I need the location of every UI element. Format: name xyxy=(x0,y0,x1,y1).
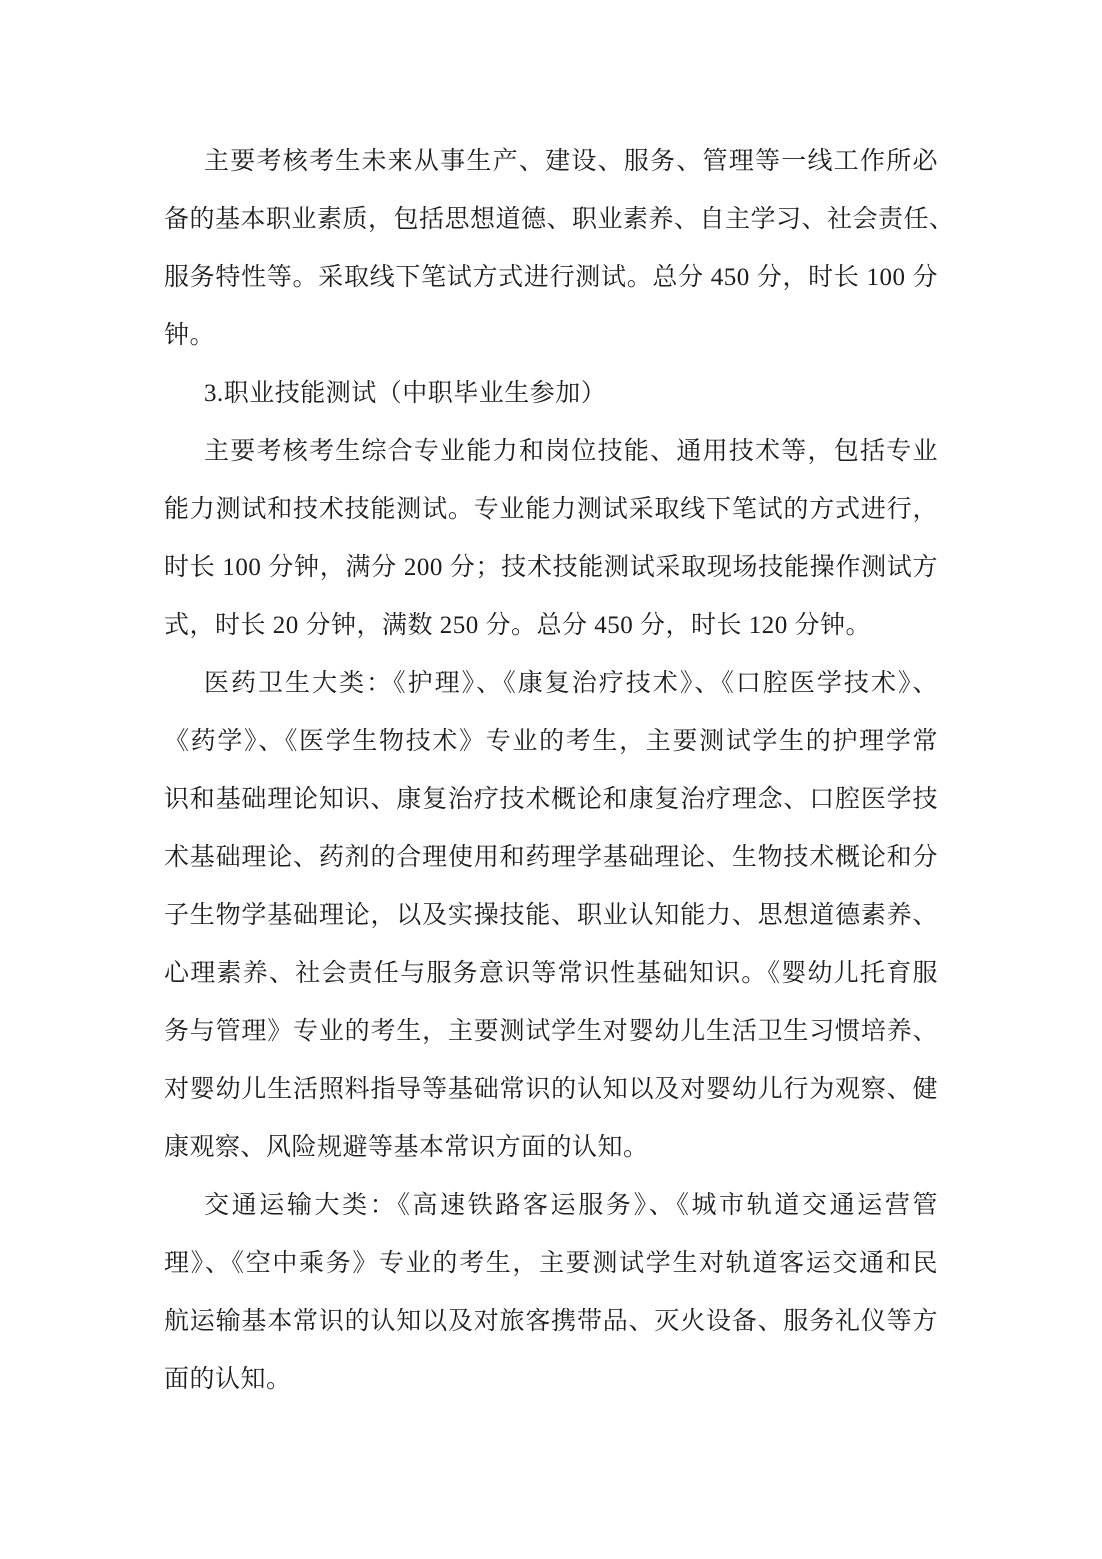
text-line: 心理素养、社会责任与服务意识等常识性基础知识。《婴幼儿托育服 xyxy=(164,945,938,1003)
text-line: 主要考核考生未来从事生产、建设、服务、管理等一线工作所必 xyxy=(164,133,938,191)
text-line: 服务特性等。采取线下笔试方式进行测试。总分 450 分，时长 100 分 xyxy=(164,249,938,307)
text-line: 主要考核考生综合专业能力和岗位技能、通用技术等，包括专业 xyxy=(164,423,938,481)
text-line: 务与管理》专业的考生，主要测试学生对婴幼儿生活卫生习惯培养、 xyxy=(164,1003,938,1061)
text-line: 子生物学基础理论，以及实操技能、职业认知能力、思想道德素养、 xyxy=(164,887,938,945)
text-line: 备的基本职业素质，包括思想道德、职业素养、自主学习、社会责任、 xyxy=(164,191,938,249)
text-line: 时长 100 分钟，满分 200 分；技术技能测试采取现场技能操作测试方 xyxy=(164,539,938,597)
text-line: 航运输基本常识的认知以及对旅客携带品、灭火设备、服务礼仪等方 xyxy=(164,1293,938,1351)
text-line: 医药卫生大类：《护理》、《康复治疗技术》、《口腔医学技术》、 xyxy=(164,655,938,713)
paragraph-skill-test-description: 主要考核考生综合专业能力和岗位技能、通用技术等，包括专业能力测试和技术技能测试。… xyxy=(164,423,938,655)
text-line: 《药学》、《医学生物技术》专业的考生，主要测试学生的护理学常 xyxy=(164,713,938,771)
paragraph-medical-health-category: 医药卫生大类：《护理》、《康复治疗技术》、《口腔医学技术》、《药学》、《医学生物… xyxy=(164,655,938,1177)
paragraph-quality-test-description: 主要考核考生未来从事生产、建设、服务、管理等一线工作所必备的基本职业素质，包括思… xyxy=(164,133,938,365)
text-line: 交通运输大类：《高速铁路客运服务》、《城市轨道交通运营管 xyxy=(164,1177,938,1235)
paragraph-transportation-category: 交通运输大类：《高速铁路客运服务》、《城市轨道交通运营管理》、《空中乘务》专业的… xyxy=(164,1177,938,1409)
document-body: 主要考核考生未来从事生产、建设、服务、管理等一线工作所必备的基本职业素质，包括思… xyxy=(164,133,938,1409)
document-page: 主要考核考生未来从事生产、建设、服务、管理等一线工作所必备的基本职业素质，包括思… xyxy=(0,0,1102,1559)
text-line: 术基础理论、药剂的合理使用和药理学基础理论、生物技术概论和分 xyxy=(164,829,938,887)
text-line: 对婴幼儿生活照料指导等基础常识的认知以及对婴幼儿行为观察、健 xyxy=(164,1061,938,1119)
text-line: 面的认知。 xyxy=(164,1351,938,1409)
text-line: 3.职业技能测试（中职毕业生参加） xyxy=(164,365,938,423)
text-line: 能力测试和技术技能测试。专业能力测试采取线下笔试的方式进行， xyxy=(164,481,938,539)
text-line: 钟。 xyxy=(164,307,938,365)
text-line: 理》、《空中乘务》专业的考生，主要测试学生对轨道客运交通和民 xyxy=(164,1235,938,1293)
text-line: 识和基础理论知识、康复治疗技术概论和康复治疗理念、口腔医学技 xyxy=(164,771,938,829)
text-line: 式，时长 20 分钟，满数 250 分。总分 450 分，时长 120 分钟。 xyxy=(164,597,938,655)
paragraph-skill-test-heading: 3.职业技能测试（中职毕业生参加） xyxy=(164,365,938,423)
text-line: 康观察、风险规避等基本常识方面的认知。 xyxy=(164,1119,938,1177)
